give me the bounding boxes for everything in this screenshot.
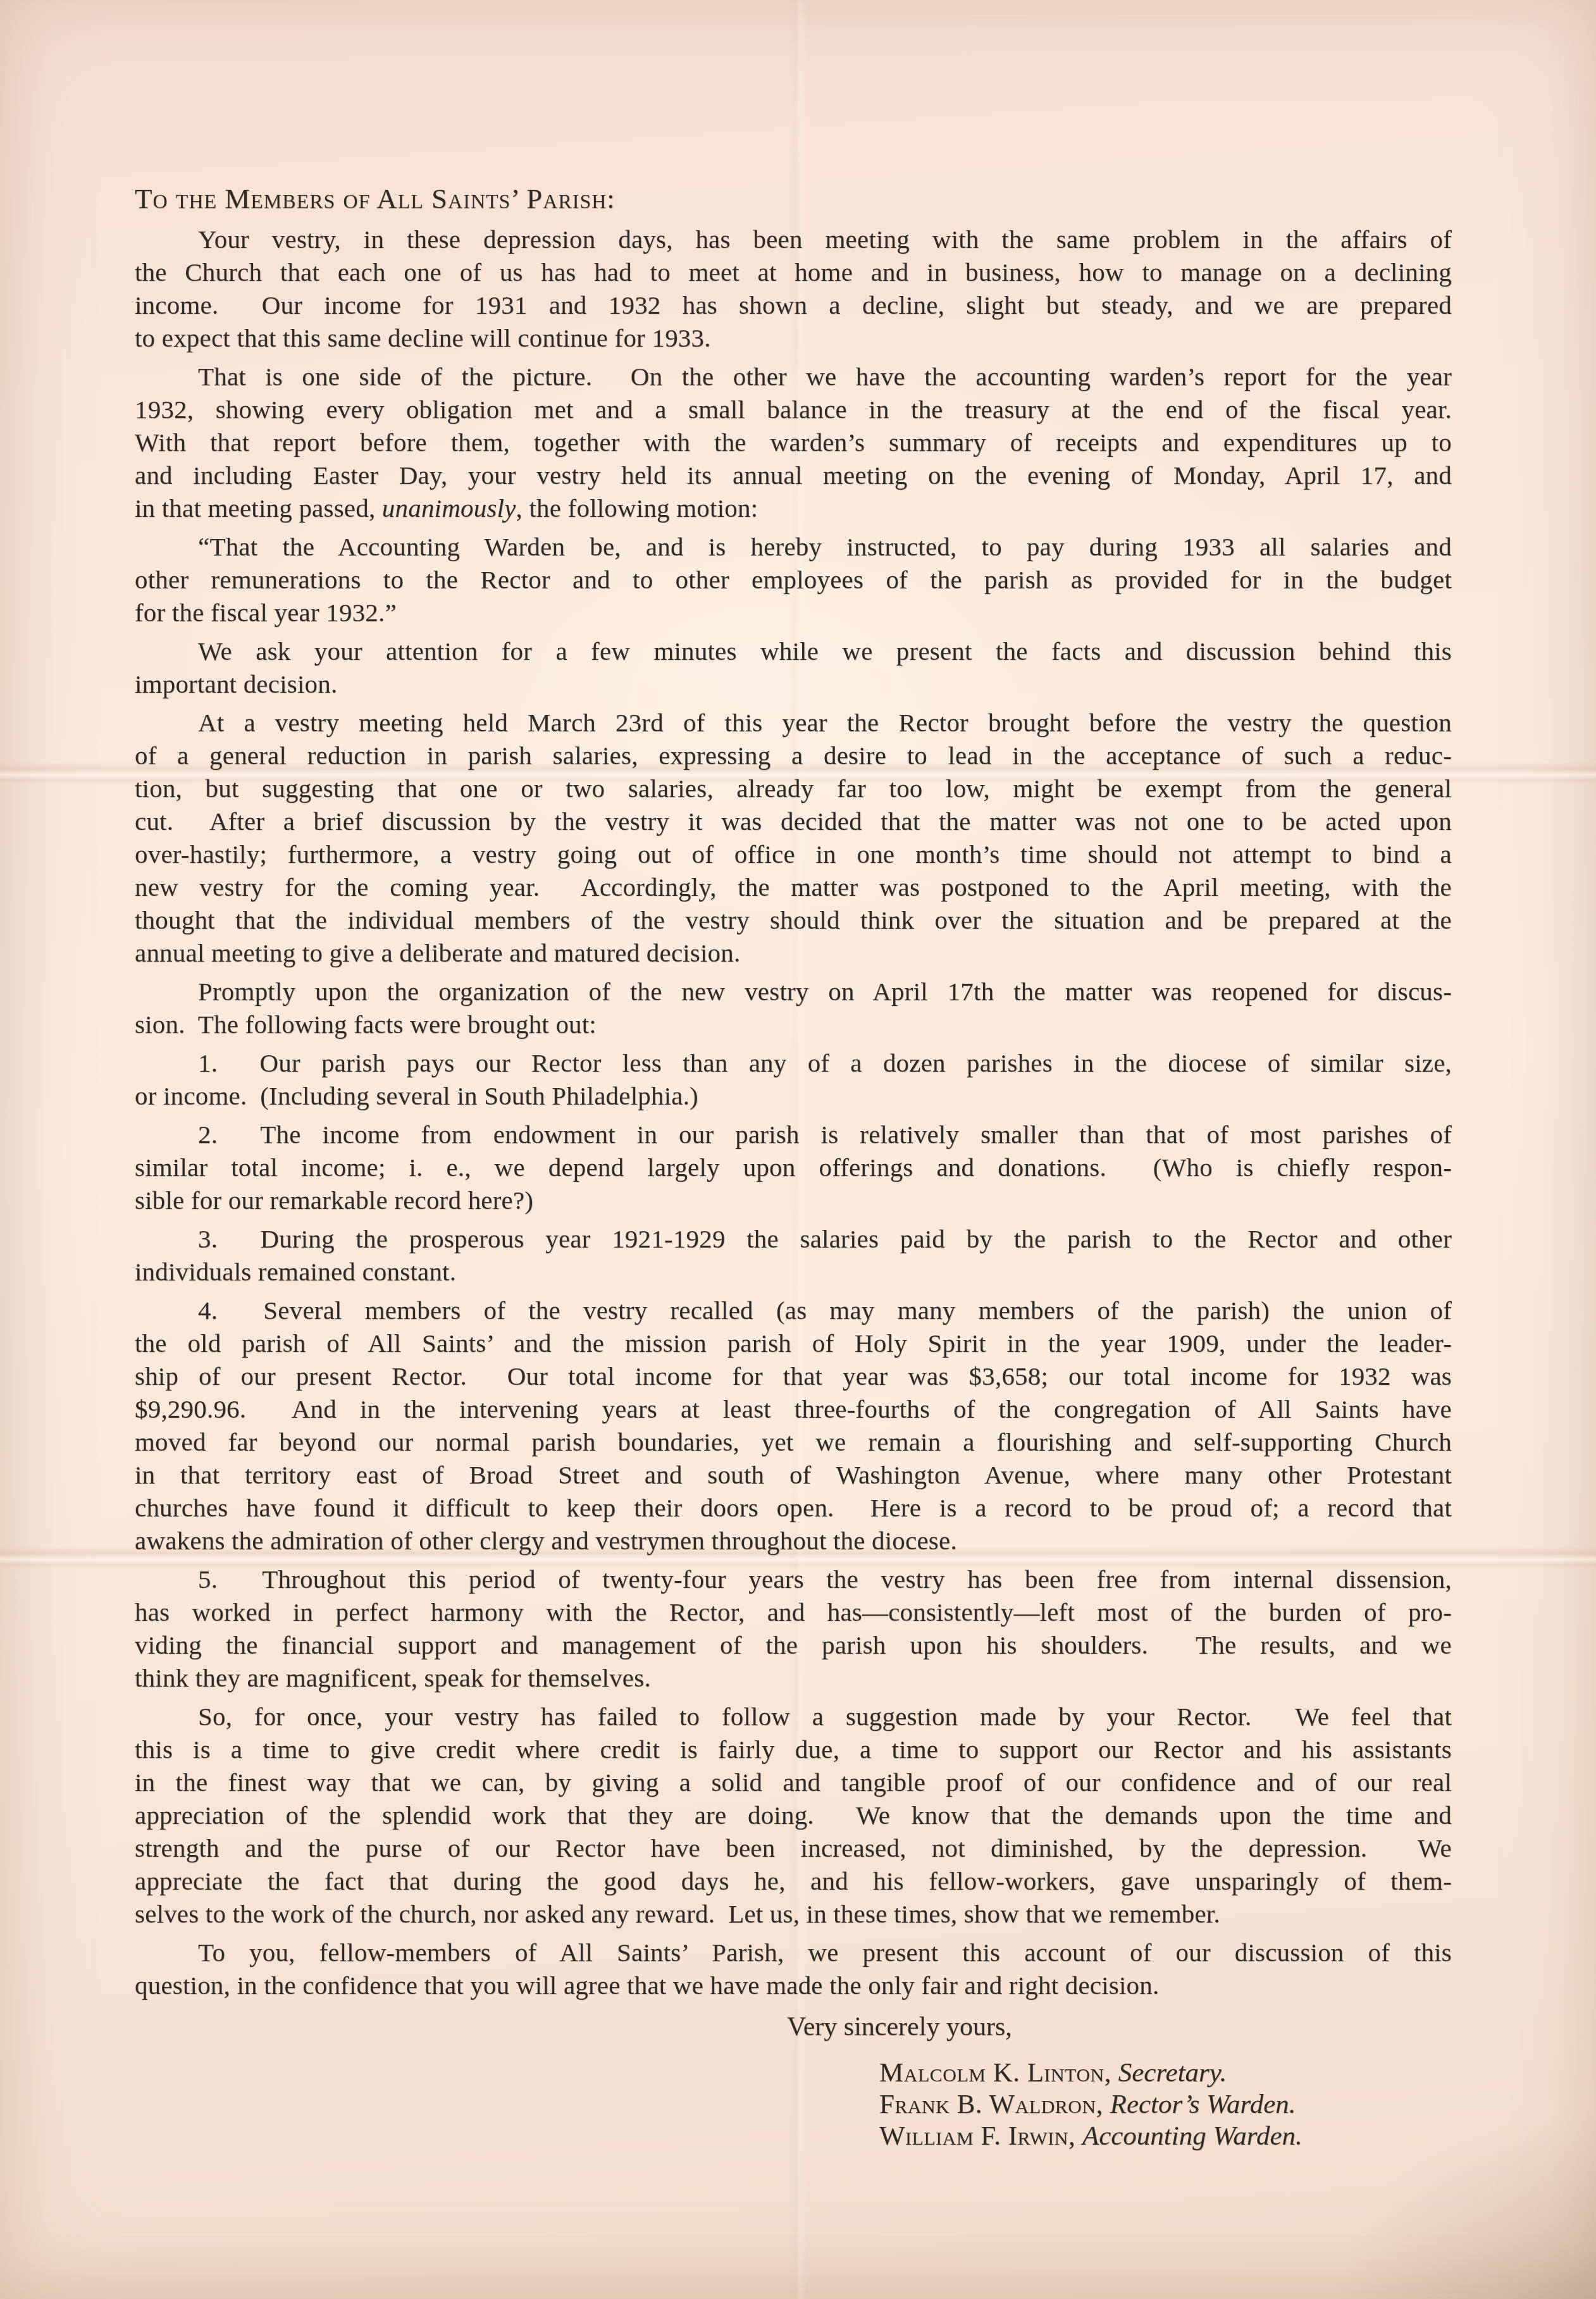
letter-line: and including Easter Day, your vestry he… — [135, 459, 1452, 492]
letter-line: or income. (Including several in South P… — [135, 1079, 1452, 1112]
letter-line: 3. During the prosperous year 1921-1929 … — [135, 1222, 1452, 1255]
letter-content: To the Members of All Saints’ Parish: Yo… — [0, 0, 1596, 2152]
letter-line: At a vestry meeting held March 23rd of t… — [135, 706, 1452, 739]
paragraph: At a vestry meeting held March 23rd of t… — [135, 706, 1452, 969]
letter-line: appreciation of the splendid work that t… — [135, 1799, 1452, 1831]
paragraph: So, for once, your vestry has failed to … — [135, 1700, 1452, 1930]
signature-block: Malcolm K. Linton, Secretary. Frank B. W… — [879, 2057, 1452, 2152]
letter-line: viding the financial support and managem… — [135, 1628, 1452, 1661]
letter-line: income. Our income for 1931 and 1932 has… — [135, 288, 1452, 321]
signatory-title: Secretary. — [1118, 2058, 1227, 2088]
letter-line: appreciate the fact that during the good… — [135, 1864, 1452, 1897]
letter-line: 4. Several members of the vestry recalle… — [135, 1294, 1452, 1327]
letter-line: strength and the purse of our Rector hav… — [135, 1831, 1452, 1864]
letter-line: That is one side of the picture. On the … — [135, 360, 1452, 393]
letter-line: We ask your attention for a few minutes … — [135, 635, 1452, 667]
paragraph: Your vestry, in these depression days, h… — [135, 223, 1452, 354]
letter-line: $9,290.96. And in the intervening years … — [135, 1392, 1452, 1425]
paragraph: 1. Our parish pays our Rector less than … — [135, 1046, 1452, 1112]
salutation: To the Members of All Saints’ Parish: — [135, 182, 1452, 215]
signatory-name: Frank B. Waldron, — [879, 2090, 1103, 2119]
letter-line: in that territory east of Broad Street a… — [135, 1458, 1452, 1491]
paragraph: That is one side of the picture. On the … — [135, 360, 1452, 524]
paragraph: 3. During the prosperous year 1921-1929 … — [135, 1222, 1452, 1288]
letter-line: So, for once, your vestry has failed to … — [135, 1700, 1452, 1733]
signatory-title: Rector’s Warden. — [1110, 2090, 1296, 2119]
paragraph: To you, fellow-members of All Saints’ Pa… — [135, 1936, 1452, 2002]
paragraph: We ask your attention for a few minutes … — [135, 635, 1452, 700]
signature-row: Frank B. Waldron, Rector’s Warden. — [879, 2089, 1452, 2121]
letter-line: in that meeting passed, unanimously, the… — [135, 492, 1452, 524]
letter-line: thought that the individual members of t… — [135, 903, 1452, 936]
paragraph: 4. Several members of the vestry recalle… — [135, 1294, 1452, 1557]
letter-line: important decision. — [135, 667, 1452, 700]
letter-line: ship of our present Rector. Our total in… — [135, 1360, 1452, 1392]
closing: Very sincerely yours, — [787, 2011, 1452, 2043]
letter-line: individuals remained constant. — [135, 1255, 1452, 1288]
letter-line: sion. The following facts were brought o… — [135, 1008, 1452, 1041]
signatory-name: Malcolm K. Linton, — [879, 2058, 1111, 2088]
letter-line: the old parish of All Saints’ and the mi… — [135, 1327, 1452, 1360]
letter-line: 5. Throughout this period of twenty-four… — [135, 1563, 1452, 1596]
letter-line: With that report before them, together w… — [135, 426, 1452, 459]
paragraph: 5. Throughout this period of twenty-four… — [135, 1563, 1452, 1694]
letter-line: similar total income; i. e., we depend l… — [135, 1151, 1452, 1184]
paragraph: Promptly upon the organization of the ne… — [135, 975, 1452, 1041]
letter-line: 1932, showing every obligation met and a… — [135, 393, 1452, 426]
letter-line: has worked in perfect harmony with the R… — [135, 1596, 1452, 1628]
letter-line: 1. Our parish pays our Rector less than … — [135, 1046, 1452, 1079]
letter-line: of a general reduction in parish salarie… — [135, 739, 1452, 772]
letter-line: for the fiscal year 1932.” — [135, 596, 1452, 629]
letter-line: annual meeting to give a deliberate and … — [135, 936, 1452, 969]
letter-line: 2. The income from endowment in our pari… — [135, 1118, 1452, 1151]
paragraph: 2. The income from endowment in our pari… — [135, 1118, 1452, 1217]
letter-line: think they are magnificent, speak for th… — [135, 1661, 1452, 1694]
signature-row: William F. Irwin, Accounting Warden. — [879, 2121, 1452, 2152]
letter-line: in the finest way that we can, by giving… — [135, 1766, 1452, 1799]
signatory-name: William F. Irwin, — [879, 2121, 1075, 2151]
letter-line: new vestry for the coming year. Accordin… — [135, 871, 1452, 903]
letter-line: “That the Accounting Warden be, and is h… — [135, 530, 1452, 563]
paragraph: “That the Accounting Warden be, and is h… — [135, 530, 1452, 629]
letter-line: over-hastily; furthermore, a vestry goin… — [135, 838, 1452, 871]
letter-line: Your vestry, in these depression days, h… — [135, 223, 1452, 256]
letter-paragraphs: Your vestry, in these depression days, h… — [135, 223, 1452, 2002]
letter-line: sible for our remarkable record here?) — [135, 1184, 1452, 1217]
letter-line: selves to the work of the church, nor as… — [135, 1897, 1452, 1930]
signature-row: Malcolm K. Linton, Secretary. — [879, 2057, 1452, 2089]
letter-line: the Church that each one of us has had t… — [135, 256, 1452, 288]
letter-line: other remunerations to the Rector and to… — [135, 563, 1452, 596]
letter-line: tion, but suggesting that one or two sal… — [135, 772, 1452, 805]
letter-line: question, in the confidence that you wil… — [135, 1969, 1452, 2002]
letter-line: moved far beyond our normal parish bound… — [135, 1425, 1452, 1458]
letter-line: churches have found it difficult to keep… — [135, 1491, 1452, 1524]
letter-line: awakens the admiration of other clergy a… — [135, 1524, 1452, 1557]
letter-line: to expect that this same decline will co… — [135, 321, 1452, 354]
letter-line: this is a time to give credit where cred… — [135, 1733, 1452, 1766]
letter-line: cut. After a brief discussion by the ves… — [135, 805, 1452, 838]
letter-line: To you, fellow-members of All Saints’ Pa… — [135, 1936, 1452, 1969]
scanned-letter-page: { "page": { "paper_color": "#f8e6d8", "i… — [0, 0, 1596, 2299]
signatory-title: Accounting Warden. — [1082, 2121, 1302, 2151]
letter-line: Promptly upon the organization of the ne… — [135, 975, 1452, 1008]
